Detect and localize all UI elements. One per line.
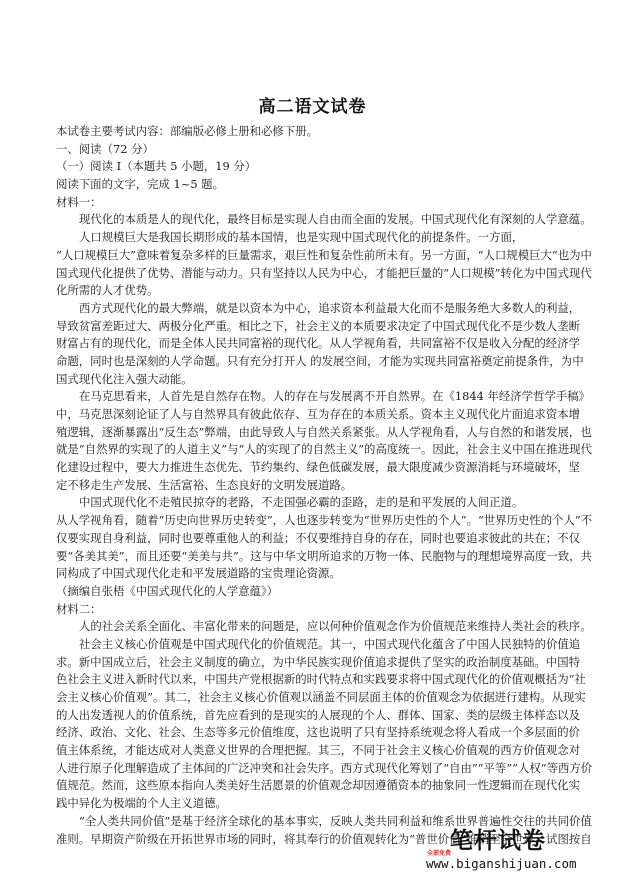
watermark: 笔杆试卷 全部免费 www.biganshijuan.com xyxy=(424,822,624,872)
text-line: 在马克思看来，人首先是自然存在物。人的存在与发展离不开自然界。在《1844 年经… xyxy=(56,388,586,406)
page-title: 高二语文试卷 xyxy=(0,92,625,117)
text-line: 色社会主义进入新时代以来，中国共产党根据新的时代特点和实践要求将中国式现代化的价… xyxy=(56,671,586,689)
text-line: 值规范。然而，这些原本指向人类美好生活愿景的价值观念却因遵循资本的抽象同一性逻辑… xyxy=(56,777,586,795)
watermark-brand: 笔杆试卷 xyxy=(450,822,546,855)
text-line: 阅读下面的文字，完成 1~5 题。 xyxy=(56,176,586,194)
text-line: 人进行原子化理解造成了主体间的广泛冲突和社会失序。西方式现代化筹划了“自由”“平… xyxy=(56,760,586,778)
text-line: 现代化的本质是人的现代化，最终目标是实现人自由而全面的发展。中国式现代化有深刻的… xyxy=(56,211,586,229)
text-line: 国式现代化注入强大动能。 xyxy=(56,371,586,389)
text-line: 中，马克思深刻论证了人与自然界具有彼此依存、互为存在的本质关系。资本主义现代化片… xyxy=(56,406,586,424)
text-line: 就是“自然界的实现了的人道主义”与“人的实现了的自然主义”的高度统一。因此，社会… xyxy=(56,441,586,459)
text-line: 人口规模巨大是我国长期形成的基本国情，也是实现中国式现代化的前提条件。一方面， xyxy=(56,229,586,247)
text-line: 殖逻辑，逐渐暴露出“反生态”弊端，由此导致人与自然关系紧张。从人学视角看，人与自… xyxy=(56,424,586,442)
text-line: 值主体系统，才能达成对人类意义世界的合理把握。其三，不同于社会主义核心价值观的西… xyxy=(56,742,586,760)
text-line: 导致贫富差距过大、两极分化严重。相比之下，社会主义的本质要求决定了中国式现代化不… xyxy=(56,318,586,336)
text-line: 定不移走生产发展、生活富裕、生态良好的文明发展道路。 xyxy=(56,477,586,495)
text-line: 求。新中国成立后，社会主义制度的确立，为中华民族实现价值追求提供了坚实的政治制度… xyxy=(56,654,586,672)
text-line: 中国式现代化不走殖民掠夺的老路，不走国强必霸的歪路，走的是和平发展的人间正道。 xyxy=(56,494,586,512)
exam-page: 高二语文试卷 本试卷主要考试内容：部编版必修上册和必修下册。一、阅读（72 分）… xyxy=(0,0,625,887)
text-line: 社会主义核心价值观是中国式现代化的价值规范。其一，中国式现代化蕴含了中国人民独特… xyxy=(56,636,586,654)
text-line: 西方式现代化的最大弊端，就是以资本为中心，追求资本利益最大化而不是服务绝大多数人… xyxy=(56,300,586,318)
text-line: 会主义核心价值观”。其二，社会主义核心价值观以涵盖不同层面主体的价值观念为依据进… xyxy=(56,689,586,707)
text-line: 材料一： xyxy=(56,194,586,212)
text-line: （一）阅读 I（本题共 5 小题，19 分） xyxy=(56,158,586,176)
text-line: “人口规模巨大”意味着复杂多样的巨量需求，艰巨性和复杂性前所未有。另一方面，“人… xyxy=(56,247,586,265)
text-line: 践中异化为极端的个人主义道德。 xyxy=(56,795,586,813)
text-line: 财富占有的现代化，而是全体人民共同富裕的现代化。从人学视角看，共同富裕不仅是收入… xyxy=(56,335,586,353)
text-line: 人的社会关系全面化、丰富化带来的问题是，应以何种价值观念作为价值规范来维持人类社… xyxy=(56,618,586,636)
text-line: 材料二： xyxy=(56,601,586,619)
document-body: 本试卷主要考试内容：部编版必修上册和必修下册。一、阅读（72 分）（一）阅读 I… xyxy=(56,123,586,848)
text-line: 仅要实现自身利益，同时也要尊重他人的利益；不仅要维持自身的存在，同时也要追求彼此… xyxy=(56,530,586,548)
text-line: 本试卷主要考试内容：部编版必修上册和必修下册。 xyxy=(56,123,586,141)
text-line: 的人出发透视人的价值系统，首先应看到的是现实的人展现的个人、群体、国家、类的层级… xyxy=(56,707,586,725)
text-line: 命题，同时也是深刻的人学命题。只有充分打开人 的发展空间，才能为实现共同富裕奠定… xyxy=(56,353,586,371)
text-line: 经济、政治、文化、社会、生态等多元价值维度，这也说明了只有坚持系统观念将人看成一… xyxy=(56,724,586,742)
text-line: 化所需的人才优势。 xyxy=(56,282,586,300)
text-line: 一、阅读（72 分） xyxy=(56,141,586,159)
watermark-url: www.biganshijuan.com xyxy=(426,856,577,871)
text-line: 从人学视角看，随着“历史向世界历史转变”，人也逐步转变为“世界历史性的个人”。“… xyxy=(56,512,586,530)
text-line: 要“各美其美”，而且还要“美美与共”。这与中华文明所追求的万物一体、民胞物与的理… xyxy=(56,548,586,566)
text-line: 化建设过程中，要大力推进生态优先、节约集约、绿色低碳发展，最大限度减少资源消耗与… xyxy=(56,459,586,477)
text-line: 国式现代化提供了优势、潜能与动力。只有坚持以人民为中心，才能把巨量的“人口规模”… xyxy=(56,265,586,283)
text-line: （摘编自张梧《中国式现代化的人学意蕴》） xyxy=(56,583,586,601)
text-line: 同构成了中国式现代化走和平发展道路的宝贵理论资源。 xyxy=(56,565,586,583)
